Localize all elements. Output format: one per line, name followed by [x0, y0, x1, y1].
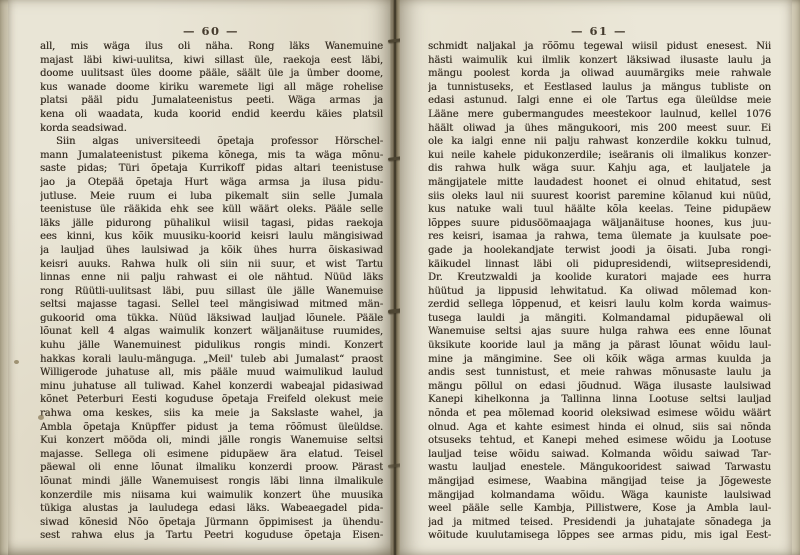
text-line: linnas enne nii palju rahwast ei ole näh…	[40, 271, 383, 285]
text-line: mängijad kolmandama wõidu. Wäga kauniste…	[428, 489, 771, 503]
text-line: mann Jumalateenistust pikema kõnega, mis…	[40, 149, 383, 163]
text-line: mängu põllul on edasi jõudnud. Wäga ilus…	[428, 380, 771, 394]
text-line: majasse. Sellega oli esimene pidupäew är…	[40, 448, 383, 462]
text-line: käikudel linnast läbi oli pidupresidendi…	[428, 258, 771, 272]
text-line: wõitude kuulutamisega lõppes see armas p…	[428, 529, 771, 543]
text-line: schmidt naljakal ja rõõmu tegewal wiisil…	[428, 40, 771, 54]
binding-fold-line	[394, 0, 396, 555]
text-line: kena oli waadata, kuda koorid endid keer…	[40, 108, 383, 122]
text-line: tusega lauldi ja mängiti. Kolmandamal pi…	[428, 312, 771, 326]
text-line: konzerdile mis niisama kui waimulik konz…	[40, 489, 383, 503]
paper-speck	[14, 360, 19, 364]
text-line: kus natuke wali tuul häälte kõla keelas.…	[428, 203, 771, 217]
text-line: platsi pääl pidu Jumalateenistus peeti. …	[40, 94, 383, 108]
text-line: gade ja hoolekandjate terwist joodi ja õ…	[428, 244, 771, 258]
text-line: siis oleks laul nii suurest koorist pare…	[428, 190, 771, 204]
text-line: jad ja mitmed teised. Presidendi ja juha…	[428, 516, 771, 530]
text-line: mängijatele mitte laudadest hoonet ei ol…	[428, 176, 771, 190]
text-line: lauljad teise wõidu saiwad. Kolmanda wõi…	[428, 448, 771, 462]
page-60-text: all, mis wäga ilus oli näha. Rong läks W…	[40, 40, 383, 543]
text-line: majast läbi kiwi-uulitsa, kiwi sillast ü…	[40, 54, 383, 68]
text-line: teenistuse üle rääkida ehk see küll wäär…	[40, 203, 383, 217]
text-line: gukoorid oma tükka. Nüüd läksiwad laulja…	[40, 312, 383, 326]
text-line: Ambla õpetaja Knüpffer pidust ja tema rõ…	[40, 421, 383, 435]
text-line: otsuseks tehtud, et Kanepi mehed esimese…	[428, 434, 771, 448]
text-line: nõnda et pea mõlemad koorid oleksiwad es…	[428, 407, 771, 421]
text-line: ja lauljad ühes laulsiwad ja kõik ühes h…	[40, 244, 383, 258]
text-line: ees kinni, kus kõik muusiku-koorid keisr…	[40, 230, 383, 244]
text-line: Dr. Kreutzwaldi ja koolide kuratori maja…	[428, 271, 771, 285]
text-line: mängijad esimese, Waabina mängijad teise…	[428, 475, 771, 489]
text-line: rahwa oma keskes, siis ka meie ja Saksla…	[40, 407, 383, 421]
text-line: tükiga alustas ja lauludega edasi läks. …	[40, 502, 383, 516]
text-line: üksikute kooride laul ja mäng ja pärast …	[428, 339, 771, 353]
text-line: korda seadsiwad.	[40, 122, 383, 136]
text-line: saste pidas; Türi õpetaja Kurrikoff pida…	[40, 162, 383, 176]
text-line: lõppes suure pidusöömaajaga wäljanäituse…	[428, 217, 771, 231]
text-line: Lääne mere gubermangudes meestekoor laul…	[428, 108, 771, 122]
text-line: seltsi majasse tagasi. Sellel teel mängi…	[40, 298, 383, 312]
text-line: doome uulitsast üles doome pääle, säält …	[40, 67, 383, 81]
text-line: Kui konzert mööda oli, mindi jälle rongi…	[40, 434, 383, 448]
text-line: siwad kõnesid Nõo õpetaja Jürmann õppimi…	[40, 516, 383, 530]
text-line: res keisri, isamaa ja rahwa, tema ülemat…	[428, 230, 771, 244]
text-line: jao ja Otepää õpetaja Hurt wäga armsa ja…	[40, 176, 383, 190]
page-number-left: — 60 —	[40, 24, 382, 38]
text-line: kui neile kahele pidukonzerdile; iseäran…	[428, 149, 771, 163]
text-line: ja tunnistuseks, et Eestlased laulus ja …	[428, 81, 771, 95]
page-60: — 60 — all, mis wäga ilus oli näha. Rong…	[8, 0, 392, 555]
text-line: sest rahwa elus ja Tartu Peetri koguduse…	[40, 529, 383, 543]
text-line: dis rahwa hulk wäga suur. Kahju aga, et …	[428, 162, 771, 176]
text-line: hästi waimulik kui ilmlik konzert läksiw…	[428, 54, 771, 68]
text-line: kus wanade doome kiriku waremete ligi al…	[40, 81, 383, 95]
text-line: Kanepi kihelkonna ja Tallinna linna Loot…	[428, 393, 771, 407]
text-line: minu juhatuse all tuliwad. Kahel konzerd…	[40, 380, 383, 394]
text-line: edasi astunud. Ialgi enne ei ole Tartus …	[428, 94, 771, 108]
text-line: wastu lauljad enestele. Mängukooridest s…	[428, 461, 771, 475]
text-line: weel pääle selle Kambja, Pillistwere, Ko…	[428, 502, 771, 516]
text-line: kõnet Peterburi Eesti koguduse õpetaja F…	[40, 393, 383, 407]
page-61: — 61 — schmidt naljakal ja rõõmu tegewal…	[400, 0, 792, 555]
text-line: rong Rüütli-uulitsast läbi, puu sillast …	[40, 285, 383, 299]
text-line: mängu poolest korda ja oliwad auumärgiks…	[428, 67, 771, 81]
text-line: lõunat kell 4 algas waimulik konzert wäl…	[40, 325, 383, 339]
text-line: all, mis wäga ilus oli näha. Rong läks W…	[40, 40, 383, 54]
text-line: läks jälle pidurong pühalikul wiisil tag…	[40, 217, 383, 231]
text-line: andis sest tunnistust, et meie rahwas mõ…	[428, 366, 771, 380]
text-line: Willigerode juhatuse all, mis pääle muud…	[40, 366, 383, 380]
text-line: hüütud ja lippusid lehwitatud. Ka oliwad…	[428, 285, 771, 299]
text-line: jutluse. Meie ruum ei luba pikemalt siin…	[40, 190, 383, 204]
page-61-text: schmidt naljakal ja rõõmu tegewal wiisil…	[428, 40, 771, 543]
text-line: olnud. Aga et kahte esimest hinda ei oln…	[428, 421, 771, 435]
text-line: Siin algas universiteedi õpetaja profess…	[40, 135, 383, 149]
text-line: keisri auuks. Rahwa hulk oli siin nii su…	[40, 258, 383, 272]
text-line: hakkas korali laulu-mänguga. „Meil' tule…	[40, 353, 383, 367]
text-line: Wanemuise seltsi ajas suure hulga rahwa …	[428, 325, 771, 339]
text-line: ole ka ialgi enne nii palju rahwast konz…	[428, 135, 771, 149]
text-line: häält oliwad ja ühes mängukoori, mis 200…	[428, 122, 771, 136]
text-line: lõunat mindi jälle Wanemuisest rongis lä…	[40, 475, 383, 489]
book-scan: — 60 — all, mis wäga ilus oli näha. Rong…	[0, 0, 800, 555]
page-number-right: — 61 —	[428, 24, 770, 38]
text-line: päewal oli enne lõunat ilmaliku konzerdi…	[40, 461, 383, 475]
text-line: mine ja mängimine. See oli kõik wäga arm…	[428, 353, 771, 367]
paper-speck	[38, 415, 44, 420]
text-line: zerdid sellega lõppenud, et keisri laulu…	[428, 298, 771, 312]
text-line: kuhu jälle Wanemuinest pidulikus rongis …	[40, 339, 383, 353]
